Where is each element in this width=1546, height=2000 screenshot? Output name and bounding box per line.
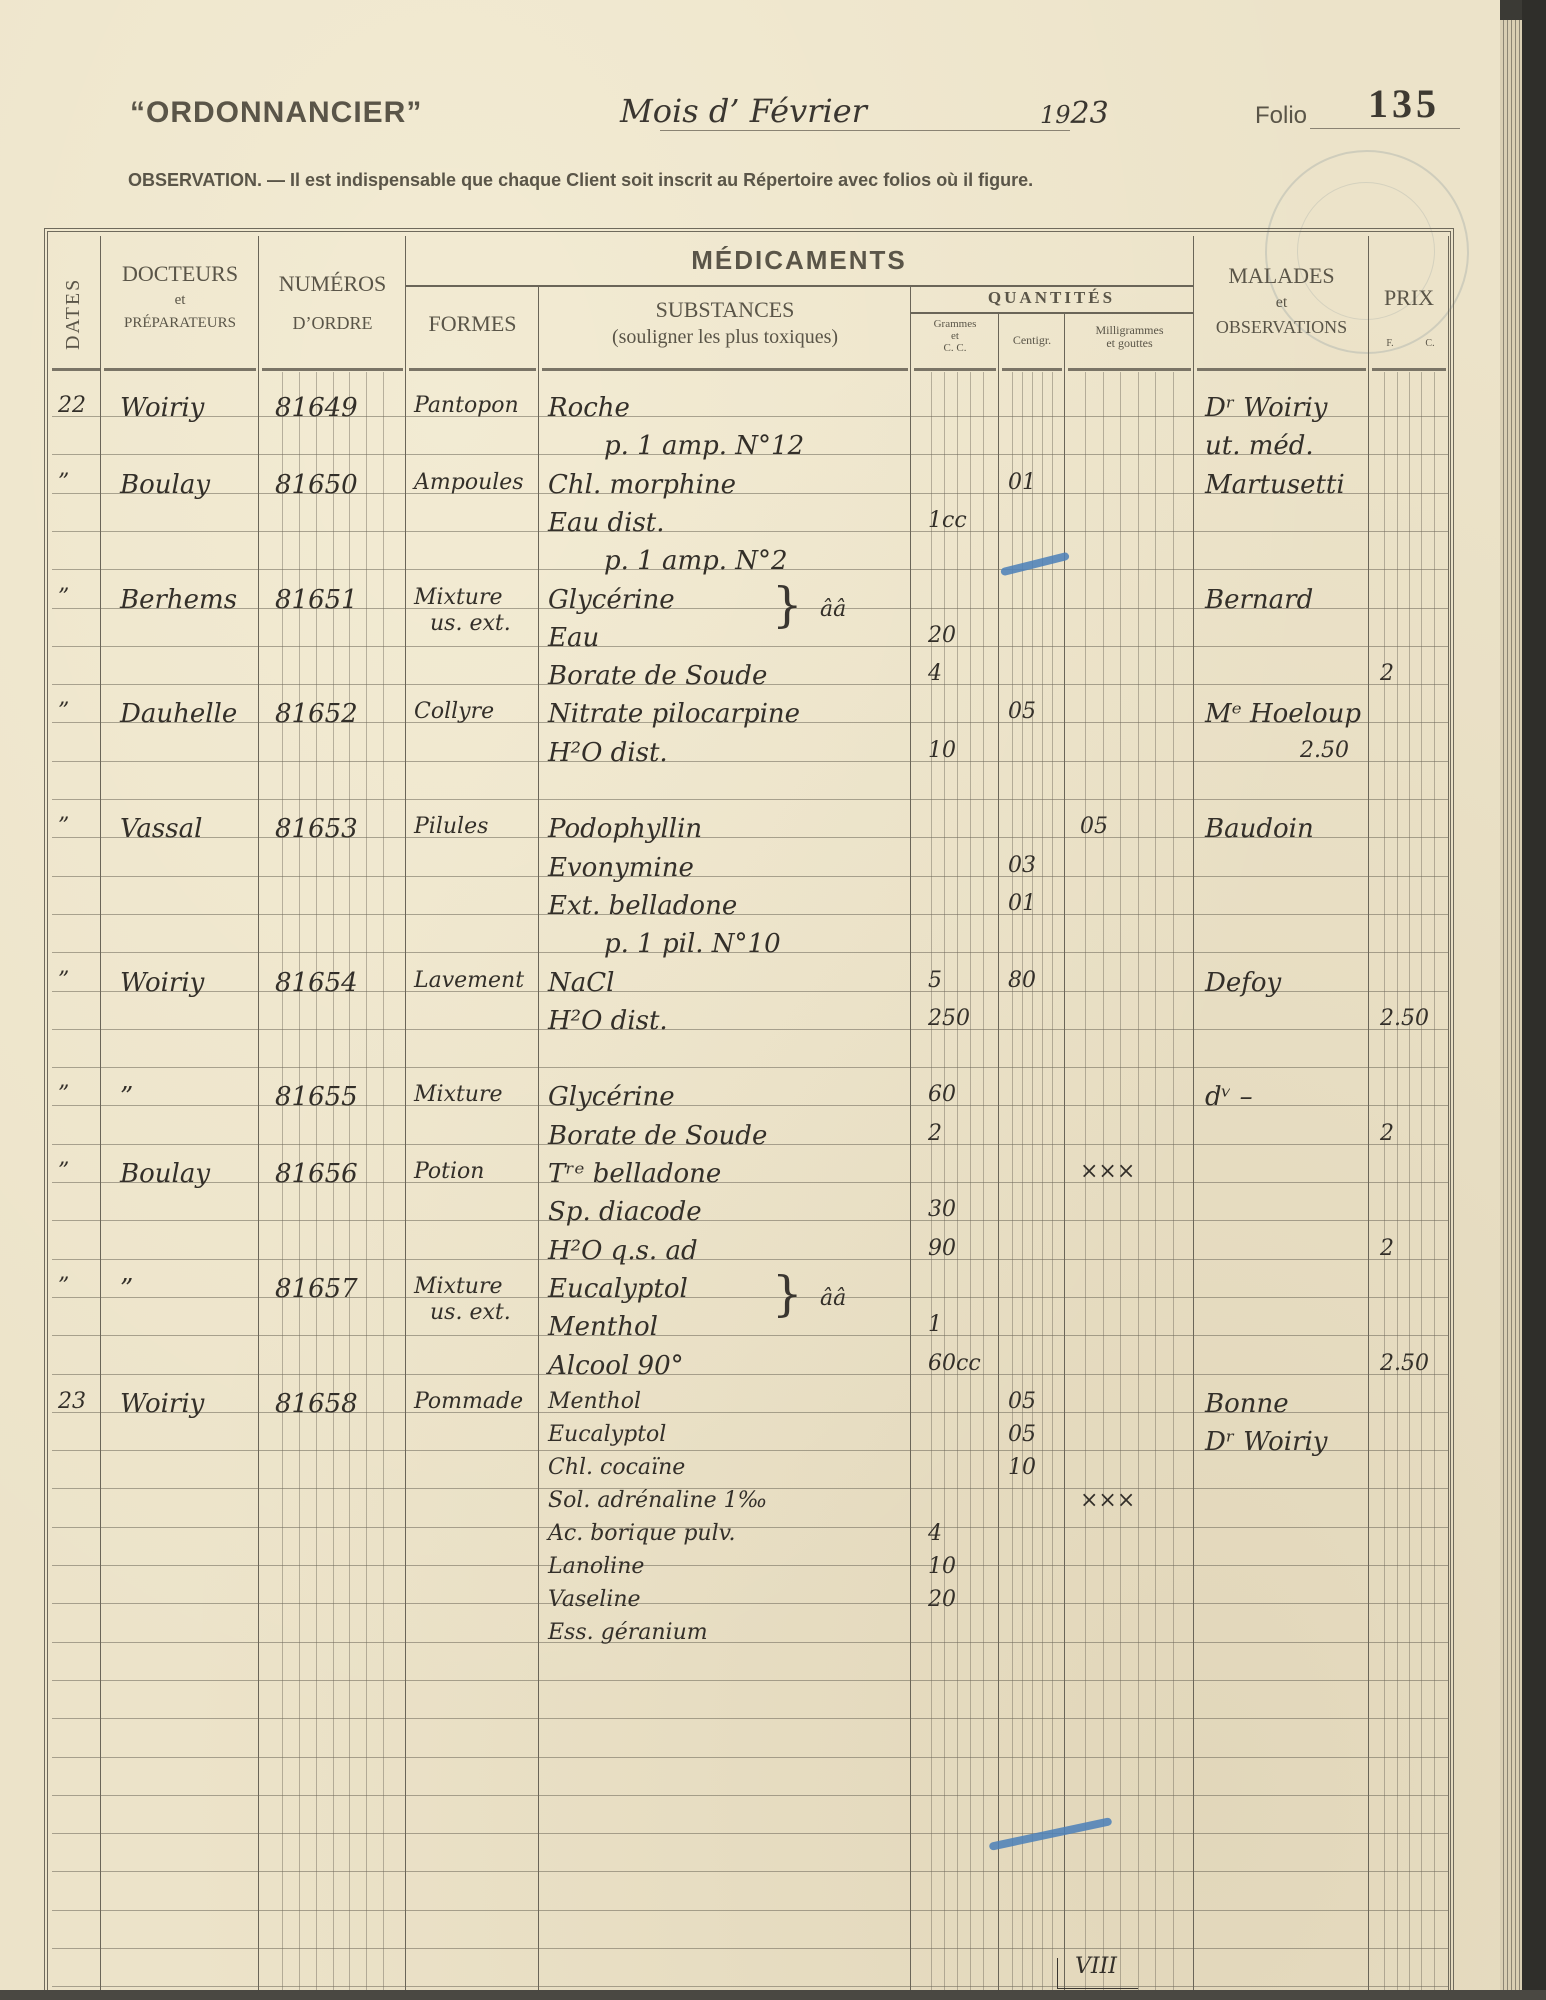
header-substances: SUBSTANCES (souligner les plus toxiques) [542,298,908,348]
fine-rule [1421,372,1422,1992]
fine-rule [1042,372,1043,1992]
entry-centigr: 03 [1008,855,1036,877]
col-divider-dates [100,236,101,1992]
medicaments-underline [405,285,1193,287]
entry-centigr: 01 [1008,472,1036,494]
entry-date: ” [58,587,69,609]
header-quantites: QUANTITÉS [910,289,1193,308]
entry-grammes: 60 [928,1084,956,1106]
entry-grammes: 2 [928,1123,942,1145]
entry-milligr: 05 [1080,816,1108,838]
header-bar [52,368,100,371]
ruled-line [52,1871,1448,1872]
header-prix-centimes: C. [1420,338,1440,349]
header-bar [104,368,256,371]
ruled-line [52,1067,1448,1068]
entry-footnote: VIII [1075,1956,1117,1978]
col-divider-right [1448,236,1451,1992]
header-grammes-line3: C. C. [914,342,996,354]
entry-substance: p. 1 amp. N°2 [604,548,788,574]
entry-substance: Glycérine [548,587,675,613]
entry-date: 23 [58,1391,86,1413]
entry-centigr: 05 [1008,701,1036,723]
header-docteurs-line3: PRÉPARATEURS [104,315,256,332]
entry-centigr: 80 [1008,970,1036,992]
entry-substance: Alcool 90° [548,1353,684,1379]
month-field: Mois d’ Février [620,92,867,130]
entry-date: ” [58,472,69,494]
header-dates: DATES [62,278,85,350]
header-bar [914,368,996,371]
ruled-line [52,799,1448,800]
ruled-line [52,646,1448,647]
entry-date: ” [58,1276,69,1298]
col-divider-docteurs [258,236,259,1992]
entry-forme: Mixture [414,1084,503,1106]
header-bar [1002,368,1062,371]
entry-substance: Eucalyptol [548,1276,688,1302]
fine-rule [366,372,367,1992]
entry-grammes: 30 [928,1199,956,1221]
entry-docteur: ” [120,1084,133,1110]
folio-underline [1310,128,1460,129]
entry-substance: Chl. cocaïne [548,1457,685,1479]
header-malades-line3: OBSERVATIONS [1197,318,1366,338]
entry-docteur: Dauhelle [120,701,237,727]
entry-numero: 81650 [275,472,358,498]
ruled-line [52,1259,1448,1260]
header-milligrammes-line2: et gouttes [1068,337,1191,350]
entry-prix: 2.50 [1380,1008,1429,1030]
ruled-line [52,1718,1448,1719]
entry-prix: 2 [1380,1123,1394,1145]
entry-numero: 81655 [275,1084,358,1110]
entry-grammes: 20 [928,1589,956,1611]
entry-malade: Martusetti [1205,472,1345,498]
year-prefix: 19 [1040,101,1071,129]
fine-rule [1138,372,1139,1992]
entry-grammes: 10 [928,1556,956,1578]
entry-substance: Ext. belladone [548,893,737,919]
ruled-line [52,1182,1448,1183]
header-grammes: Grammes et C. C. [914,318,996,354]
header-numeros: NUMÉROS D’ORDRE [262,272,403,334]
entry-docteur: Berhems [120,587,237,613]
header-centigr: Centigr. [1002,334,1062,347]
entry-malade: Defoy [1205,970,1281,996]
entry-numero: 81653 [275,816,358,842]
entry-forme: Collyre [414,701,494,723]
entry-numero: 81656 [275,1161,358,1187]
entry-centigr: 01 [1008,893,1036,915]
entry-substance: Evonymine [548,855,694,881]
book-cover [1522,0,1546,2000]
entry-grammes: 10 [928,740,956,762]
header-malades-line1: MALADES [1197,264,1366,288]
header-docteurs-line1: DOCTEURS [104,262,256,286]
entry-substance: Menthol [548,1314,658,1340]
entry-grammes: 4 [928,663,942,685]
fine-rule [983,372,984,1992]
entry-date: 22 [58,395,86,417]
entry-milligr: ××× [1080,1161,1135,1183]
entry-malade: Mᵉ Hoeloup [1205,701,1361,727]
header-prix: PRIX [1372,286,1446,310]
quantites-underline [910,312,1193,314]
ruled-line [52,1527,1448,1528]
folio-number: 135 [1368,80,1440,127]
entry-substance: Roche [548,395,630,421]
entry-numero: 81649 [275,395,358,421]
entry-substance: Chl. morphine [548,472,736,498]
header-malades: MALADES et OBSERVATIONS [1197,264,1366,338]
fine-rule [1434,372,1435,1992]
entry-forme: Pantopon [414,395,519,417]
header-malades-line2: et [1197,294,1366,312]
header-docteurs-line2: et [104,292,256,309]
entry-grammes: 20 [928,625,956,647]
book-bottom [0,1990,1546,2000]
entry-docteur: Woiriy [120,395,204,421]
header-formes: FORMES [409,312,536,336]
entry-centigr: 05 [1008,1391,1036,1413]
entry-prix: 2.50 [1380,1353,1429,1375]
ruled-line [52,1374,1448,1375]
entry-substance: Nitrate pilocarpine [548,701,800,727]
entry-substance: p. 1 amp. N°12 [604,433,804,459]
header-grammes-line1: Grammes [914,318,996,330]
header-milligrammes: Milligrammes et gouttes [1068,324,1191,350]
header-bar [409,368,536,371]
fine-rule [1173,372,1174,1992]
entry-substance: Podophyllin [548,816,702,842]
ruled-line [52,914,1448,915]
entry-substance: Eau dist. [548,510,665,536]
entry-malade: Bernard [1205,587,1313,613]
entry-aa-note: ââ [820,599,846,621]
ruled-line [52,1565,1448,1566]
entry-grammes: 1 [928,1314,942,1336]
entry-milligr: ××× [1080,1490,1135,1512]
ruled-line [52,1603,1448,1604]
entry-aa-note: ââ [820,1288,846,1310]
entry-grammes: 4 [928,1523,942,1545]
entry-numero: 81658 [275,1391,358,1417]
entry-numero: 81651 [275,587,358,613]
month-value: Février [750,92,867,130]
entry-forme-note: us. ext. [430,1302,511,1324]
entry-substance: Eucalyptol [548,1424,666,1446]
month-underline [660,130,1070,131]
header-numeros-line2: D’ORDRE [262,314,403,334]
ruled-line [52,1757,1448,1758]
entry-malade: Bonne [1205,1391,1289,1417]
ruled-line [52,531,1448,532]
fine-rule [1155,372,1156,1992]
entry-numero: 81652 [275,701,358,727]
entry-date: ” [58,816,69,838]
header-prix-francs: F. [1380,338,1400,349]
entry-centigr: 05 [1008,1424,1036,1446]
entry-substance: Ac. borique pulv. [548,1523,735,1545]
entry-docteur: Boulay [120,472,210,498]
entry-grammes: 90 [928,1238,956,1260]
year-suffix: 23 [1071,96,1109,131]
entry-malade: Baudoin [1205,816,1314,842]
fine-rule [970,372,971,1992]
entry-numero: 81657 [275,1276,358,1302]
ruled-line [52,1986,1448,1987]
ruled-line [52,1833,1448,1834]
entry-forme: Ampoules [414,472,524,494]
col-divider-formes [538,285,539,1992]
entry-substance: Vaseline [548,1589,641,1611]
entry-malade: Dʳ Woiriy [1205,1429,1328,1455]
register-title: “ORDONNANCIER” [130,96,422,130]
fine-rule [1052,372,1053,1992]
entry-date: ” [58,701,69,723]
header-substances-line2: (souligner les plus toxiques) [542,326,908,348]
entry-substance: NaCl [548,970,614,996]
col-divider-numeros [405,236,406,1992]
fine-rule [957,372,958,1992]
fine-rule [944,372,945,1992]
fine-rule [931,372,932,1992]
fine-rule [1022,372,1023,1992]
entry-prix: 2 [1380,663,1394,685]
entry-malade: ut. méd. [1205,433,1314,459]
col-divider-centigr [1064,312,1065,1992]
ruled-line [52,1948,1448,1949]
ruled-line [52,1220,1448,1221]
header-bar [1372,368,1446,371]
ruled-line [52,1795,1448,1796]
entry-docteur: Woiriy [120,970,204,996]
folio-label: Folio [1255,102,1307,130]
ruled-line [52,1642,1448,1643]
entry-substance: p. 1 pil. N°10 [604,931,781,957]
page-edges [1500,20,1522,1990]
observation-note: OBSERVATION. — Il est indispensable que … [128,170,1033,191]
entry-docteur: Vassal [120,816,202,842]
ruled-line [52,876,1448,877]
entry-forme: Potion [414,1161,484,1183]
header-medicaments: MÉDICAMENTS [405,246,1193,275]
col-divider-milligr [1193,236,1194,1992]
ruled-line [52,1910,1448,1911]
entry-date: ” [58,1161,69,1183]
entry-substance: Sol. adrénaline 1‰ [548,1490,767,1512]
entry-substance: H²O q.s. ad [548,1238,698,1264]
entry-malade: 2.50 [1300,740,1349,762]
header-bar [542,368,908,371]
fine-rule [1012,372,1013,1992]
header-numeros-line1: NUMÉROS [262,272,403,296]
year-field: 1923 [1040,96,1109,131]
entry-date: ” [58,1084,69,1106]
entry-forme: Pommade [414,1391,523,1413]
entry-substance: H²O dist. [548,740,668,766]
col-divider-malades [1368,236,1369,1992]
header-bar [1197,368,1366,371]
fine-rule [1409,372,1410,1992]
ruled-line [52,1335,1448,1336]
entry-forme-note: us. ext. [430,613,511,635]
entry-malade: Dʳ Woiriy [1205,395,1328,421]
entry-substance: Tʳᵉ belladone [548,1161,721,1187]
entry-date: ” [58,970,69,992]
fine-rule [1032,372,1033,1992]
header-substances-line1: SUBSTANCES [542,298,908,322]
entry-grammes: 250 [928,1008,970,1030]
ruled-line [52,761,1448,762]
entry-grammes: 60cc [928,1353,981,1375]
header-bar [1068,368,1191,371]
header-docteurs: DOCTEURS et PRÉPARATEURS [104,262,256,331]
entry-substance: Eau [548,625,599,651]
header-grammes-line2: et [914,330,996,342]
ruled-line [52,1680,1448,1681]
entry-grammes: 1cc [928,510,967,532]
entry-numero: 81654 [275,970,358,996]
entry-substance: Lanoline [548,1556,644,1578]
entry-substance: Sp. diacode [548,1199,702,1225]
col-divider-grammes [998,312,999,1992]
entry-substance: Menthol [548,1391,641,1413]
col-divider-substances [910,285,911,1992]
entry-docteur: Woiriy [120,1391,204,1417]
entry-forme: Mixture [414,587,503,609]
entry-grammes: 5 [928,970,942,992]
fine-rule [1384,372,1385,1992]
header-bar [262,368,403,371]
month-label: Mois d’ [620,92,740,130]
fine-rule [383,372,384,1992]
entry-substance: H²O dist. [548,1008,668,1034]
ledger-page: “ORDONNANCIER” Mois d’ Février 1923 Foli… [0,0,1500,1990]
entry-forme: Pilules [414,816,488,838]
ruled-line [52,1297,1448,1298]
fine-rule [1397,372,1398,1992]
brace-mark: } [772,581,803,629]
entry-docteur: Boulay [120,1161,210,1187]
entry-substance: Borate de Soude [548,663,767,689]
ruled-line [52,1029,1448,1030]
entry-substance: Borate de Soude [548,1123,767,1149]
entry-forme: Lavement [414,970,524,992]
entry-prix: 2 [1380,1238,1394,1260]
entry-docteur: ” [120,1276,133,1302]
brace-mark: } [772,1270,803,1318]
entry-forme: Mixture [414,1276,503,1298]
entry-substance: Glycérine [548,1084,675,1110]
entry-centigr: 10 [1008,1457,1036,1479]
entry-substance: Ess. géranium [548,1622,708,1644]
entry-malade: dᵛ – [1205,1084,1253,1110]
